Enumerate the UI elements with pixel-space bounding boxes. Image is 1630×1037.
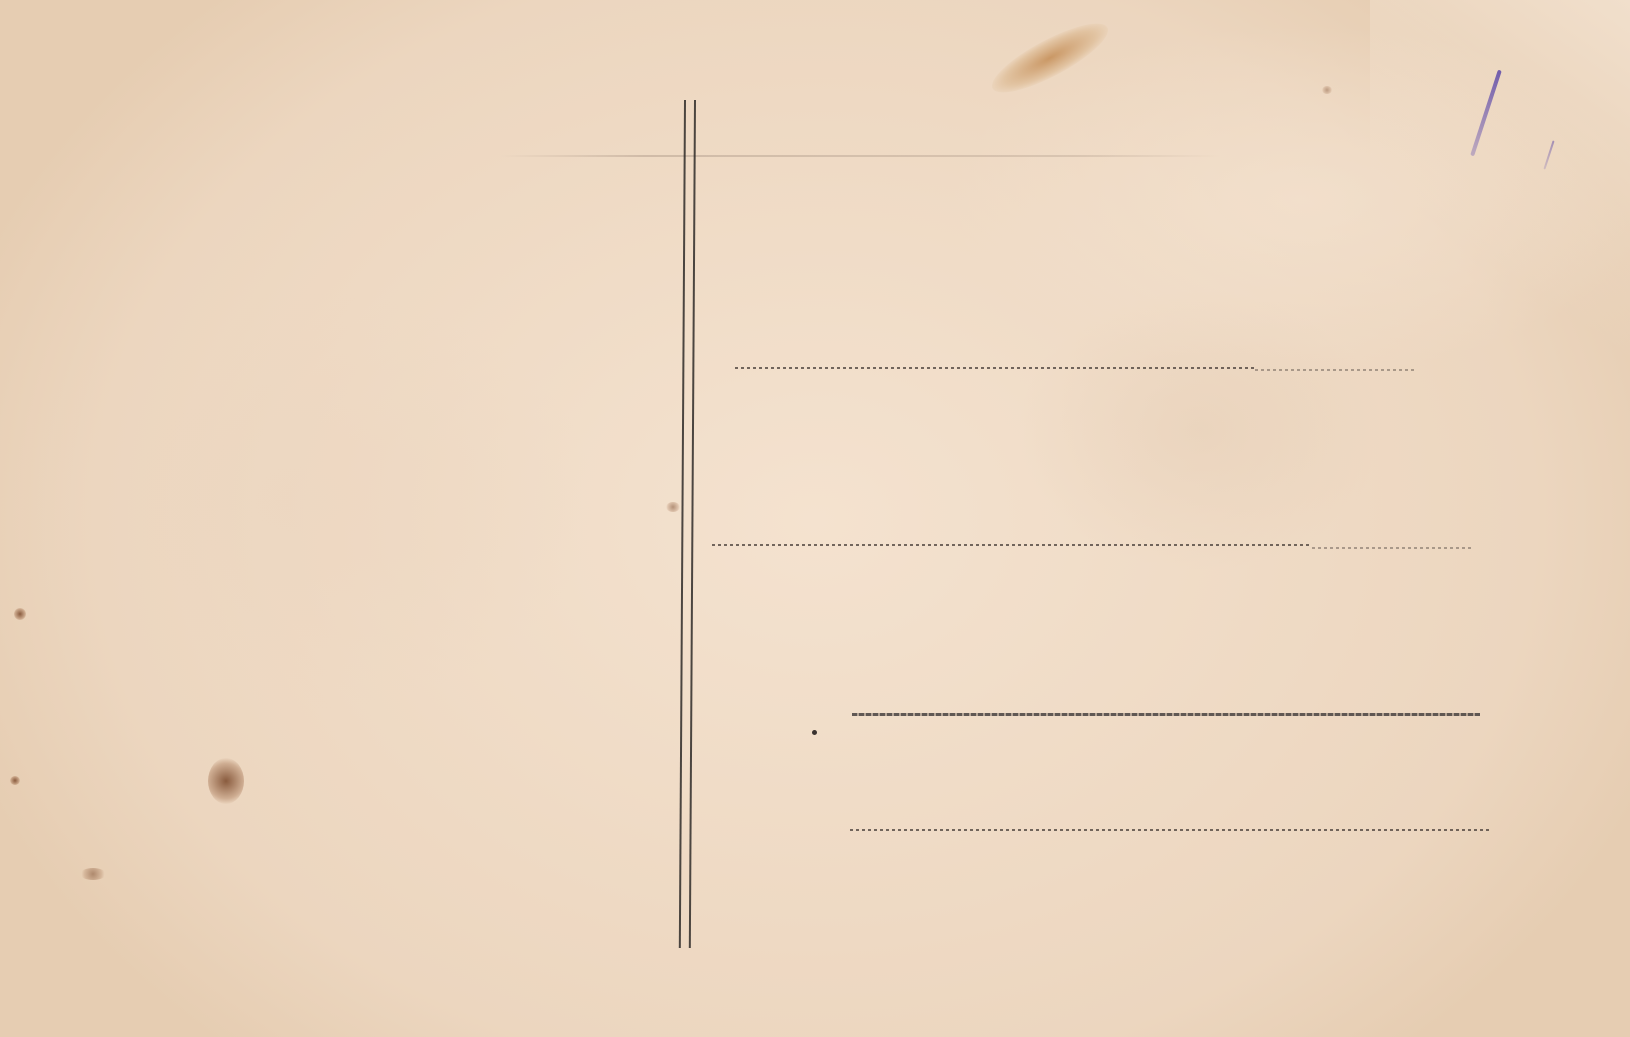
address-line-2 <box>712 544 1312 546</box>
divider-line-left <box>679 100 686 948</box>
address-line-1-tail <box>1255 369 1415 371</box>
foxing-spot-large <box>208 758 244 804</box>
corner-fold-highlight <box>1370 0 1630 420</box>
address-line-2-tail <box>1312 547 1472 549</box>
divider-line-right <box>689 100 696 948</box>
foxing-spot <box>666 502 680 512</box>
foxing-spot <box>14 608 26 620</box>
foxing-spot <box>10 776 20 785</box>
address-line-1 <box>735 367 1255 369</box>
paper-crease <box>500 155 1220 157</box>
address-line-3 <box>852 713 1480 716</box>
postcard-back <box>0 0 1630 1037</box>
rust-stain <box>984 12 1116 105</box>
foxing-spot <box>80 868 106 880</box>
address-line-4 <box>850 829 1490 831</box>
ink-dot <box>812 730 817 735</box>
foxing-spot <box>1322 86 1332 94</box>
